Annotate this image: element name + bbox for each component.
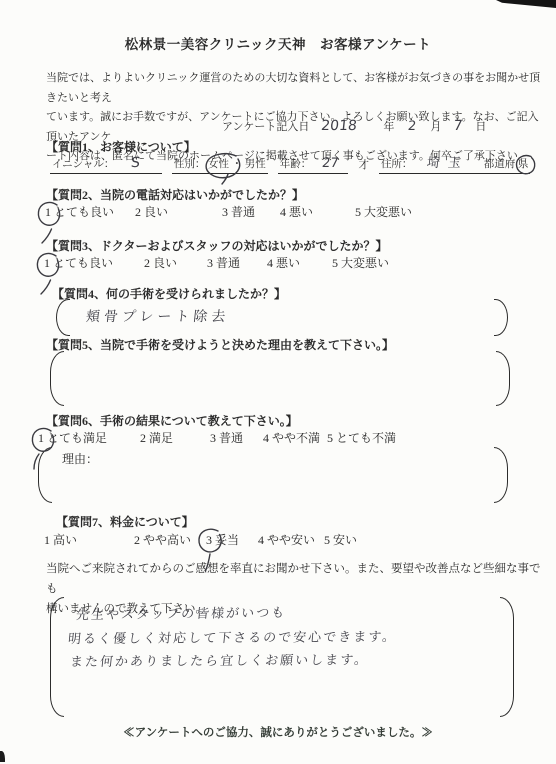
feedback-answer-line: また何かありましたら宜しくお願いします。: [69, 650, 370, 675]
q6-option-2: 2満足: [140, 429, 210, 446]
address-unit-circled: 県: [518, 159, 529, 170]
right-bracket: [494, 447, 508, 503]
intro-line: 当院では、よりよいクリニック運営のための大切な資料として、お客様がお気づきの事を…: [46, 69, 542, 108]
gender-separator: ・: [232, 159, 243, 170]
handwritten-address: 埼玉: [426, 152, 470, 171]
left-bracket: [50, 351, 64, 406]
q2-option-2: 2良い: [135, 203, 222, 220]
q5-answer-box: [50, 351, 510, 406]
q4-answer-handwriting: 頬骨プレート除去: [85, 306, 231, 326]
q1-answer-row: イニシャル： S 性別： 女性 ・ 男性 年齢： 27 才 住所： 埼玉 都道府: [50, 152, 530, 174]
feedback-answer-line: 先生やスタッフの皆様がいつも: [75, 603, 287, 628]
page-title: 松林景一美容クリニック天神 お客様アンケート: [0, 33, 556, 53]
address-unit-prefix: 都道府: [484, 159, 516, 170]
feedback-answer-handwriting: 先生やスタッフの皆様がいつも 明るく優しく対応して下さるので安心できます。 また…: [50, 597, 514, 674]
gender-option-male: 男性: [245, 159, 266, 170]
q7-option-1: 1高い: [44, 531, 134, 548]
left-bracket: [56, 299, 70, 336]
right-bracket: [500, 597, 514, 717]
q6-option-4: 4やや不満: [263, 429, 327, 446]
year-unit: 年: [383, 118, 394, 134]
scan-artifact-top-right: [496, 0, 556, 8]
q3-option-1: 1 とても良い: [44, 254, 144, 271]
q3-option-2: 2良い: [144, 254, 207, 271]
handwritten-day: 7: [449, 118, 469, 134]
survey-date-label: アンケート記入日: [222, 118, 309, 134]
q3-option-4: 4悪い: [267, 254, 332, 271]
gender-label: 性別：: [174, 159, 206, 170]
initial-label: イニシャル：: [52, 159, 114, 170]
address-field: 住所： 埼玉 都道府 県: [379, 152, 530, 174]
feedback-prompt-line: 当院へご来院されてからのご感想を率直にお聞かせ下さい。また、要望や改善点など些細…: [46, 559, 546, 599]
month-unit: 月: [430, 118, 441, 134]
q3-options-row: 1 とても良い 2良い 3普通 4悪い 5大変悪い: [44, 254, 389, 271]
handwritten-year: 2018: [317, 118, 363, 134]
age-label: 年齢：: [280, 159, 312, 170]
q2-option-1: 1 とても良い: [45, 203, 135, 220]
feedback-answer-line: 明るく優しく対応して下さるので安心できます。: [67, 626, 398, 651]
q2-option-4: 4悪い: [280, 203, 355, 220]
gender-option-female: 女性: [208, 159, 232, 170]
q2-option-3: 3普通: [222, 203, 280, 220]
q6-option-1: 1 とても満足: [38, 429, 140, 446]
q4-answer-box: 頬骨プレート除去: [56, 299, 508, 336]
q6-reason-box: 理由：: [38, 447, 508, 503]
handwritten-month: 2: [402, 119, 424, 134]
right-bracket: [496, 351, 510, 406]
age-field: 年齢： 27: [278, 156, 349, 174]
footer-thanks: ≪アンケートへのご協力、誠にありがとうございました。≫: [0, 724, 556, 740]
scan-artifact-bottom-left: [0, 751, 5, 762]
gender-field: 性別： 女性 ・ 男性: [172, 156, 268, 174]
q6-heading: 【質問6、手術の結果について教えて下さい。】: [46, 412, 298, 429]
q2-options-row: 1 とても良い 2良い 3普通 4悪い 5大変悪い: [45, 203, 412, 220]
right-bracket: [494, 299, 508, 336]
q7-options-row: 1高い 2やや高い 3 妥当 4やや安い 5安い: [44, 531, 357, 548]
left-bracket: [38, 447, 52, 503]
q7-option-3: 3 妥当: [206, 531, 258, 548]
feedback-answer-box: 先生やスタッフの皆様がいつも 明るく優しく対応して下さるので安心できます。 また…: [50, 597, 514, 717]
day-unit: 日: [475, 118, 486, 134]
q6-option-3: 3普通: [210, 429, 263, 446]
initial-field: イニシャル： S: [50, 155, 162, 174]
q2-option-5: 5大変悪い: [355, 203, 412, 220]
survey-scan-page: 松林景一美容クリニック天神 お客様アンケート 当院では、よりよいクリニック運営の…: [0, 0, 556, 764]
left-bracket: [50, 597, 64, 717]
q6-options-row: 1 とても満足 2満足 3普通 4やや不満 5とても不満: [38, 429, 396, 446]
q3-option-3: 3普通: [207, 254, 267, 271]
q2-heading: 【質問2、当院の電話対応はいかがでしたか？】: [46, 186, 304, 203]
q6-option-5: 5とても不満: [327, 429, 396, 446]
address-label: 住所：: [381, 159, 413, 170]
q7-option-2: 2やや高い: [134, 531, 206, 548]
q7-option-4: 4やや安い: [258, 531, 324, 548]
q7-option-5: 5安い: [324, 531, 357, 548]
handwritten-age: 27: [313, 156, 347, 171]
handwritten-initial: S: [116, 155, 161, 171]
q3-heading: 【質問3、ドクターおよびスタッフの対応はいかがでしたか？】: [46, 237, 388, 254]
age-unit: 才: [358, 157, 369, 174]
survey-date-line: アンケート記入日 2018 年 2 月 7 日: [222, 118, 486, 134]
q6-reason-label: 理由：: [62, 450, 98, 467]
q7-heading: 【質問7、料金について】: [56, 513, 194, 530]
q3-option-5: 5大変悪い: [332, 254, 389, 271]
